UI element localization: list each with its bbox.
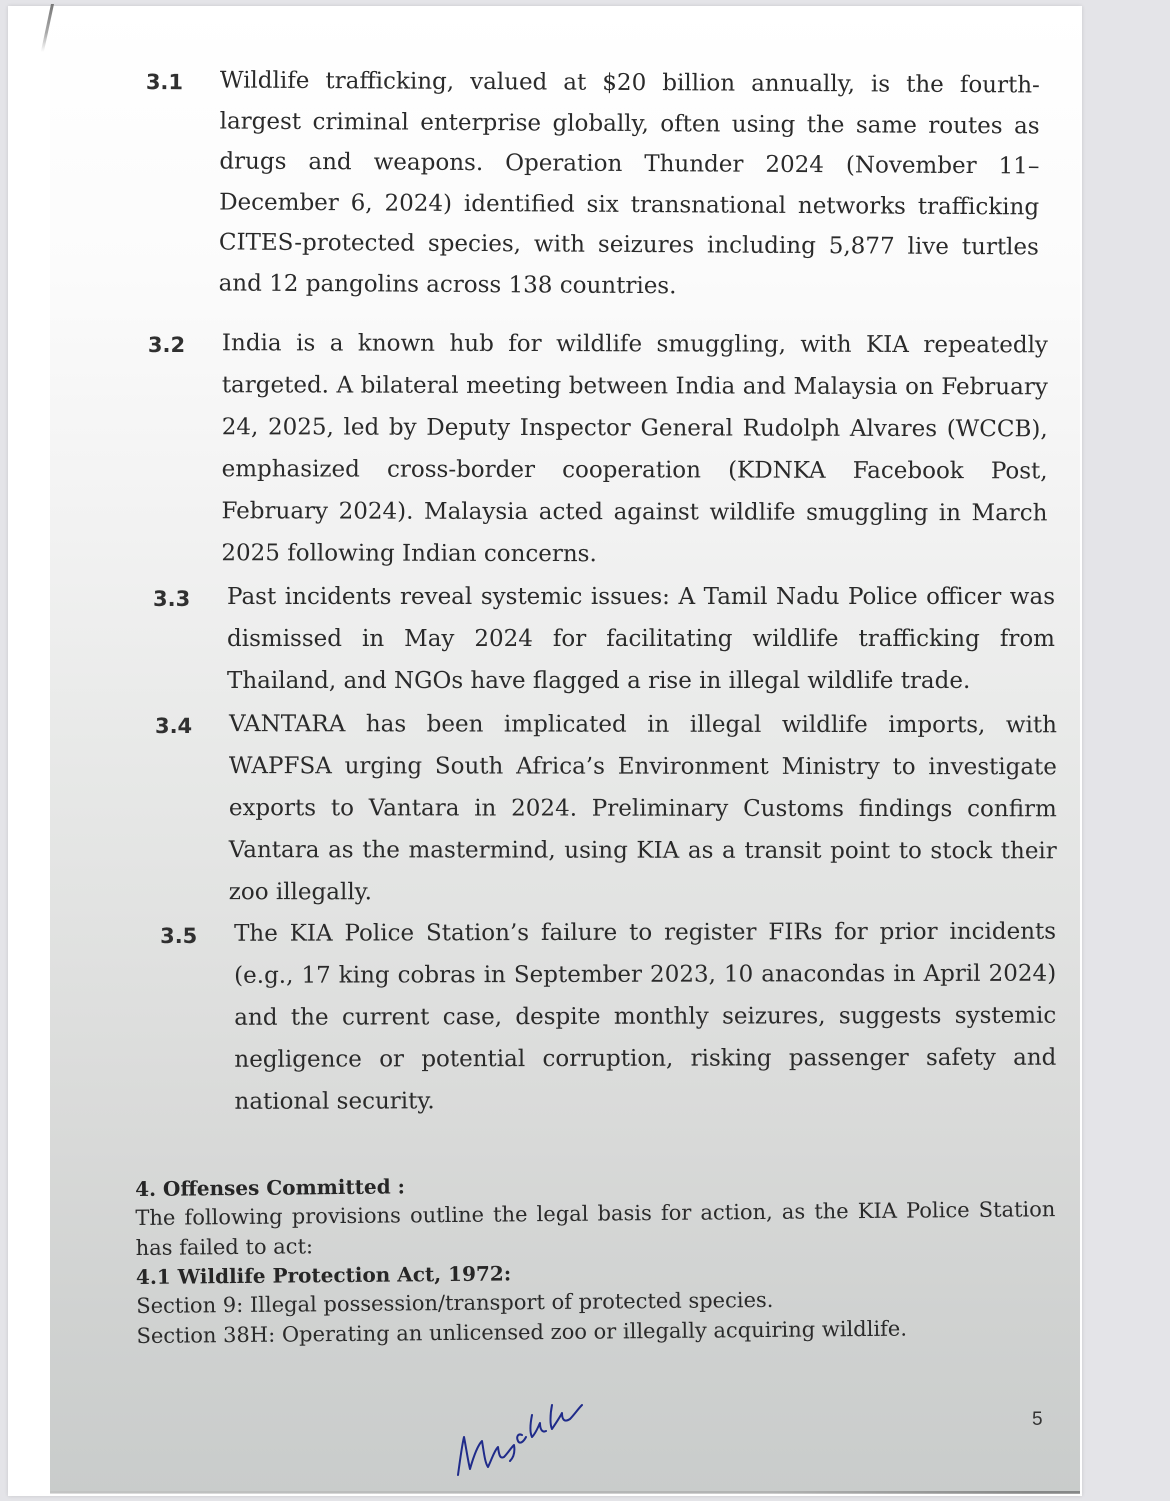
paragraph-number: 3.2 [148,324,185,366]
page-edge [50,1491,1080,1494]
paragraph-text: VANTARA has been implicated in illegal w… [229,703,1057,914]
paragraph-text: Wildlife trafficking, valued at $20 bill… [219,60,1040,308]
paragraph-number: 3.1 [146,62,183,103]
paragraph-text: The KIA Police Station’s failure to regi… [234,911,1057,1123]
section-offenses: 4. Offenses Committed : The following pr… [135,1166,1057,1351]
paragraph-number: 3.5 [160,915,197,957]
paragraph-number: 3.4 [155,705,192,747]
paragraph-text: India is a known hub for wildlife smuggl… [221,322,1048,576]
document-page: 3.1 Wildlife trafficking, valued at $20 … [0,0,1170,1501]
paragraph-3-1: 3.1 Wildlife trafficking, valued at $20 … [145,60,1040,308]
paragraph-3-4: 3.4 VANTARA has been implicated in illeg… [155,703,1057,914]
paragraph-3-5: 3.5 The KIA Police Station’s failure to … [160,911,1057,1123]
paragraph-3-3: 3.3 Past incidents reveal systemic issue… [153,576,1055,702]
section-intro: The following provisions outline the leg… [135,1194,1056,1263]
paragraph-3-2: 3.2 India is a known hub for wildlife sm… [147,322,1048,576]
paragraph-number: 3.3 [153,578,190,620]
signature-icon [452,1375,592,1485]
paragraph-text: Past incidents reveal systemic issues: A… [227,576,1055,702]
page-number: 5 [1032,1409,1043,1431]
